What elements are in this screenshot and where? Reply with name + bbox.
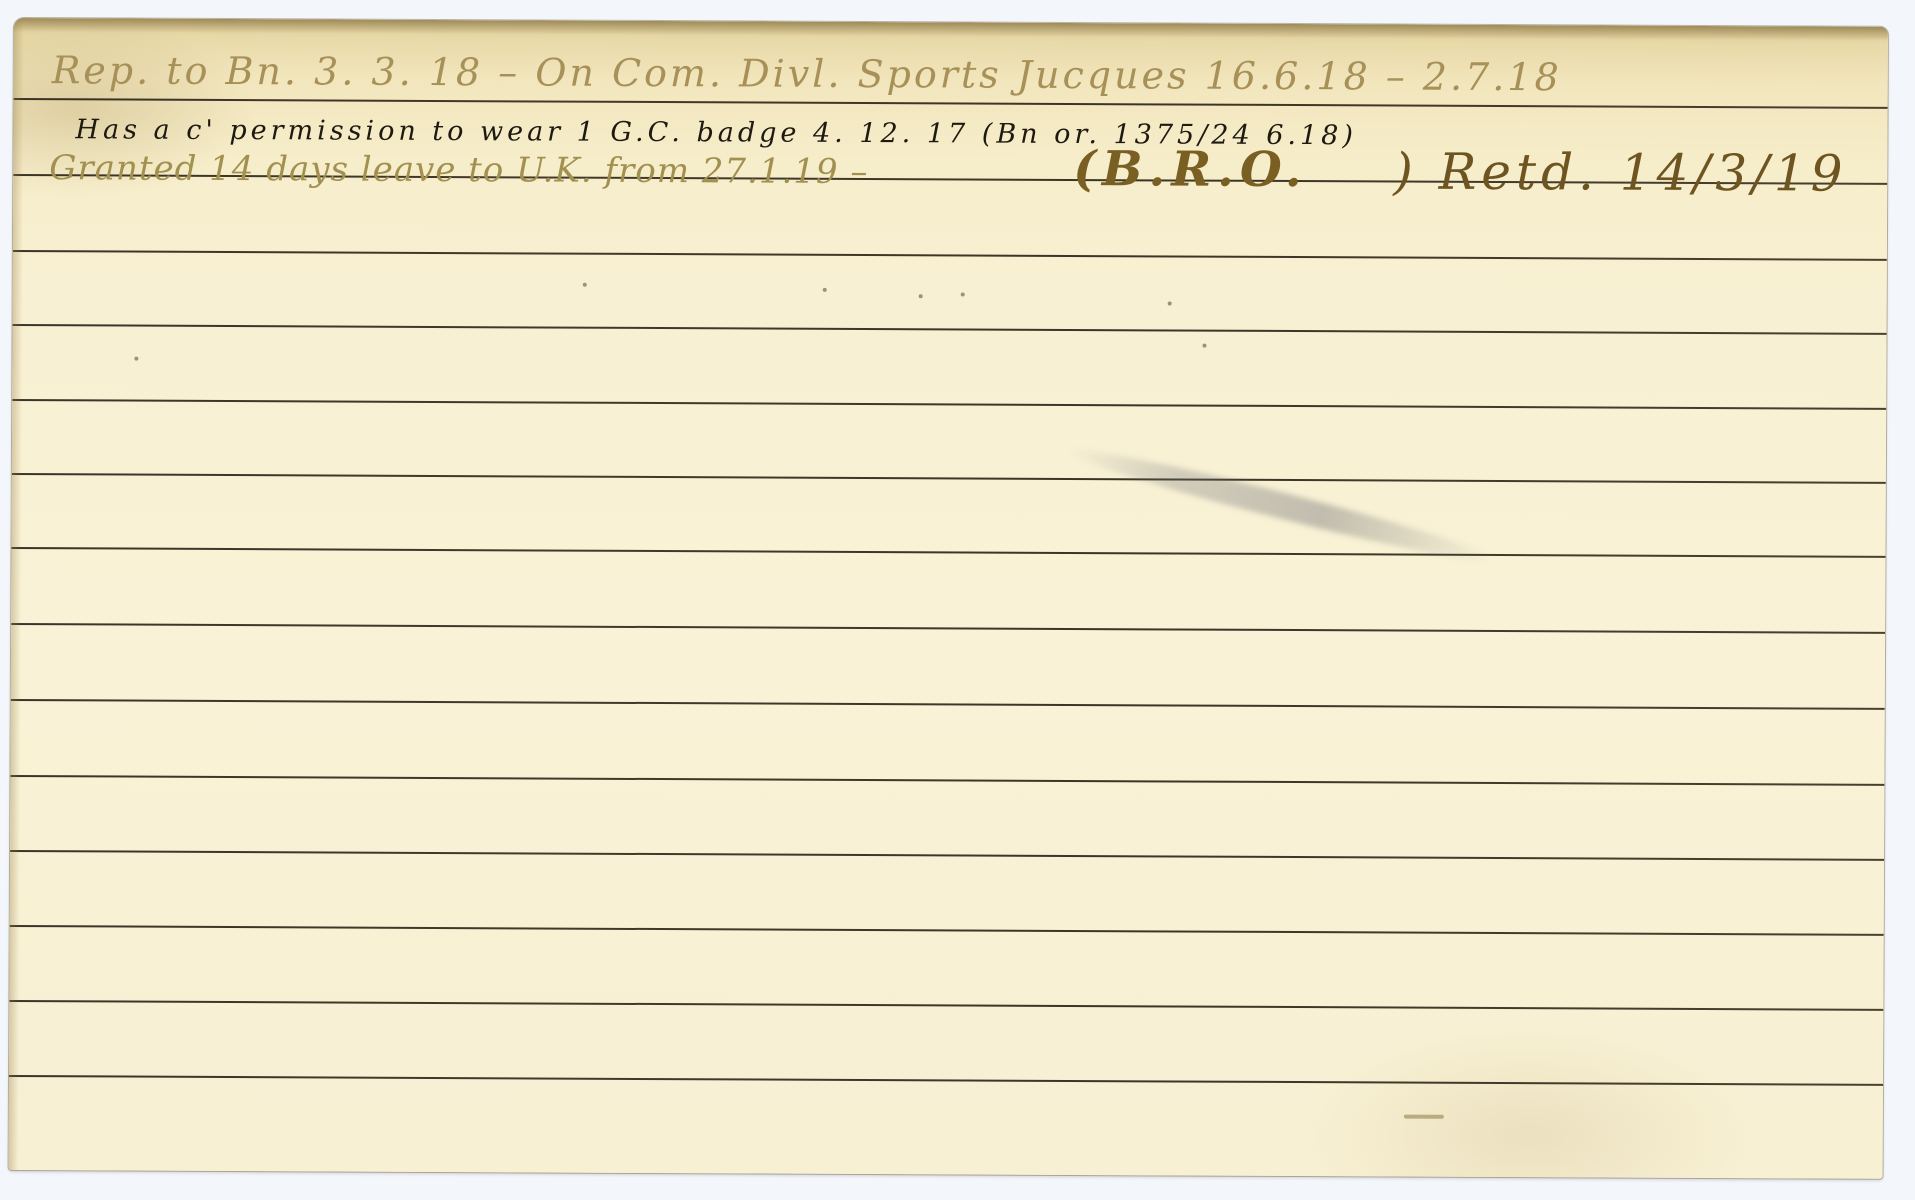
ruled-line — [14, 98, 1888, 109]
ink-speck — [961, 292, 965, 296]
ruled-line — [9, 1000, 1883, 1011]
record-card: Rep. to Bn. 3. 3. 18 – On Com. Divl. Spo… — [9, 18, 1888, 1179]
ruled-line — [10, 850, 1884, 861]
entry-rep-to-bn: Rep. to Bn. 3. 3. 18 – On Com. Divl. Spo… — [52, 48, 1562, 99]
entry-returned-date: ) Retd. 14/3/19 — [1393, 143, 1848, 203]
ruled-line — [11, 699, 1885, 710]
ink-speck — [583, 283, 587, 287]
signature-bro: (B.R.O. — [1073, 141, 1308, 198]
ink-speck — [1202, 344, 1206, 348]
ruled-line — [12, 473, 1886, 484]
ruled-line — [9, 1075, 1883, 1086]
ink-speck — [823, 288, 827, 292]
ruled-line — [10, 775, 1884, 786]
ink-speck — [919, 294, 923, 298]
entry-granted-leave: Granted 14 days leave to U.K. from 27.1.… — [49, 148, 868, 192]
ruled-line — [10, 925, 1884, 936]
ruled-line — [11, 547, 1885, 558]
ruled-line — [12, 399, 1886, 410]
scan-background: Rep. to Bn. 3. 3. 18 – On Com. Divl. Spo… — [0, 0, 1915, 1200]
ink-speck — [134, 357, 138, 361]
ruled-line — [13, 324, 1887, 335]
ink-speck — [1168, 301, 1172, 305]
ruled-line — [11, 623, 1885, 634]
faint-mark — [1404, 1115, 1444, 1119]
ruled-line — [13, 250, 1887, 261]
